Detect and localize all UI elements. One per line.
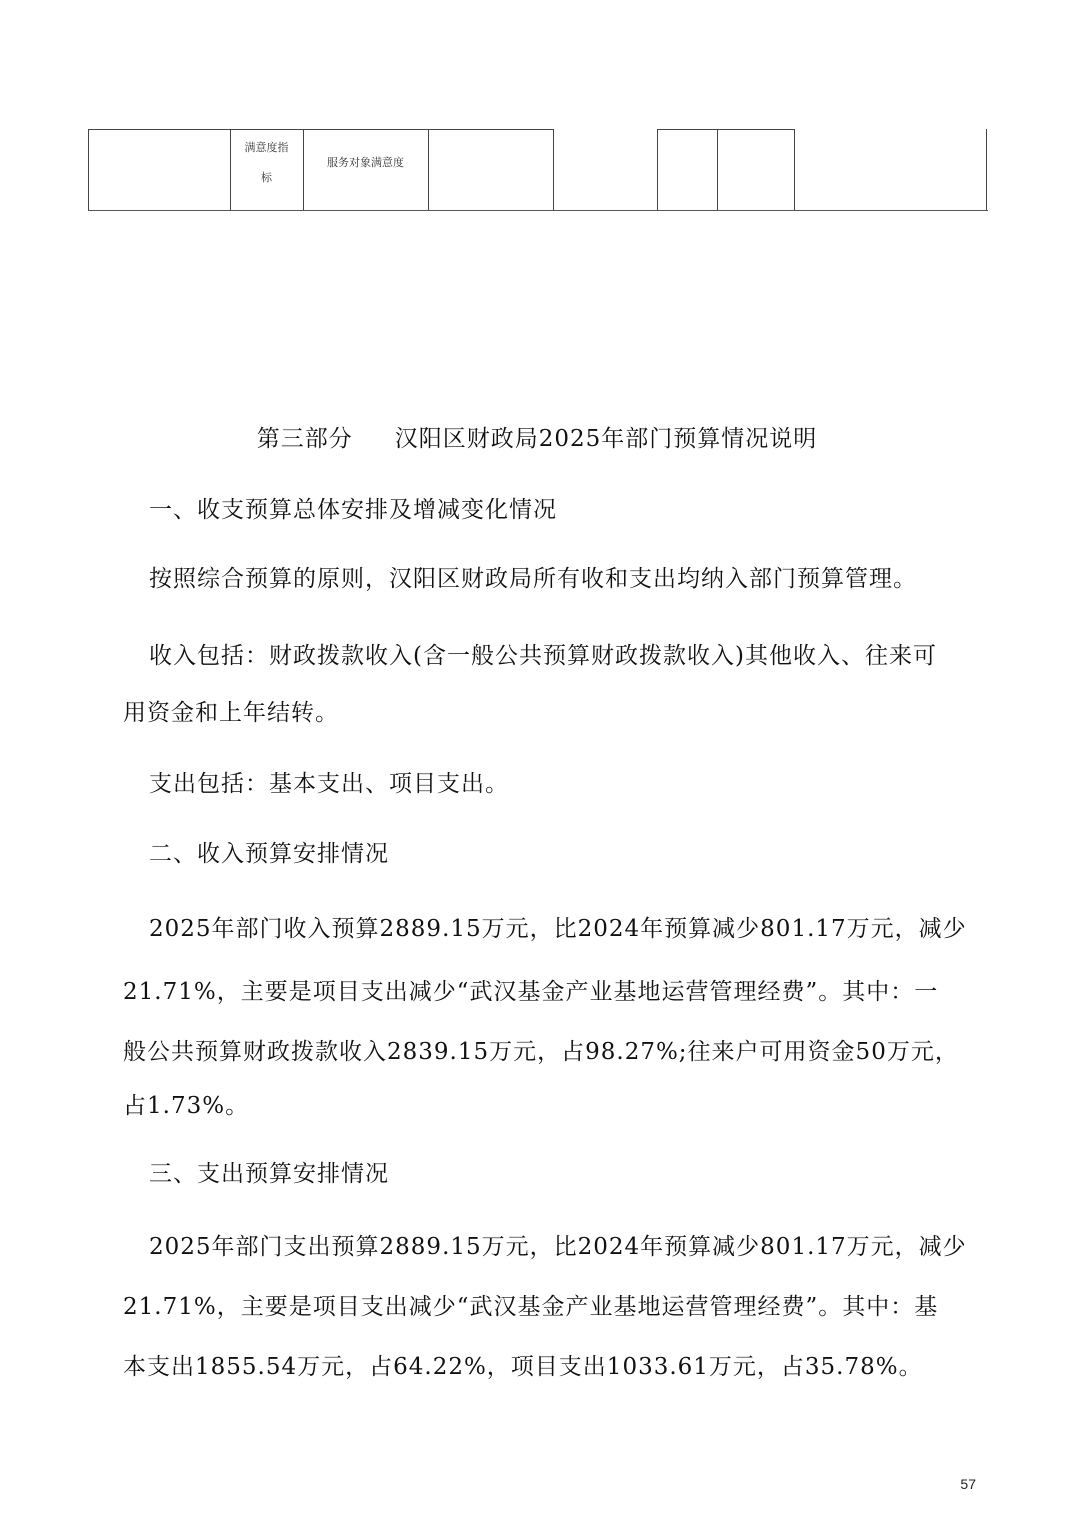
paragraph-expense-budget-line: 21.71%，主要是项目支出减少“武汉基金产业基地运营管理经费”。其中：基	[123, 1273, 983, 1341]
table-top-border	[657, 129, 794, 130]
paragraph-income-budget-line: 占1.73%。	[123, 1072, 983, 1140]
table-fragment: 满意度指 标 服务对象满意度	[88, 129, 988, 211]
table-border	[428, 129, 429, 211]
table-border	[986, 129, 987, 211]
section-title-text: 汉阳区财政局2025年部门预算情况说明	[395, 426, 818, 452]
table-border	[88, 129, 89, 211]
table-border	[794, 129, 795, 211]
paragraph-income-budget-line: 21.71%，主要是项目支出减少“武汉基金产业基地运营管理经费”。其中：一	[123, 958, 983, 1026]
table-top-border	[88, 129, 553, 130]
page-number: 57	[960, 1476, 976, 1492]
paragraph-expense-budget-line: 本支出1855.54万元，占64.22%，项目支出1033.61万元，占35.7…	[123, 1333, 983, 1401]
heading-3: 三、支出预算安排情况	[123, 1140, 1009, 1208]
table-cell-indicator: 满意度指 标	[230, 133, 303, 193]
paragraph-expense-types: 支出包括：基本支出、项目支出。	[123, 750, 1009, 818]
paragraph-income-line: 用资金和上年结转。	[123, 679, 983, 747]
section-title: 第三部分汉阳区财政局2025年部门预算情况说明	[0, 420, 1074, 453]
heading-1: 一、收支预算总体安排及增减变化情况	[123, 476, 1009, 544]
table-border	[717, 129, 718, 211]
paragraph-income-budget-line: 2025年部门收入预算2889.15万元，比2024年预算减少801.17万元，…	[123, 895, 1009, 963]
table-bottom-border	[88, 210, 988, 212]
table-border	[657, 129, 658, 211]
section-part: 第三部分	[257, 426, 353, 452]
paragraph-principle: 按照综合预算的原则，汉阳区财政局所有收和支出均纳入部门预算管理。	[123, 545, 1009, 613]
cell-text-line: 满意度指	[230, 133, 303, 163]
table-cell-satisfaction: 服务对象满意度	[303, 148, 428, 178]
paragraph-expense-budget-line: 2025年部门支出预算2889.15万元，比2024年预算减少801.17万元，…	[123, 1213, 1009, 1281]
cell-text-line: 标	[230, 163, 303, 193]
table-border	[553, 129, 554, 211]
heading-2: 二、收入预算安排情况	[123, 820, 1009, 888]
